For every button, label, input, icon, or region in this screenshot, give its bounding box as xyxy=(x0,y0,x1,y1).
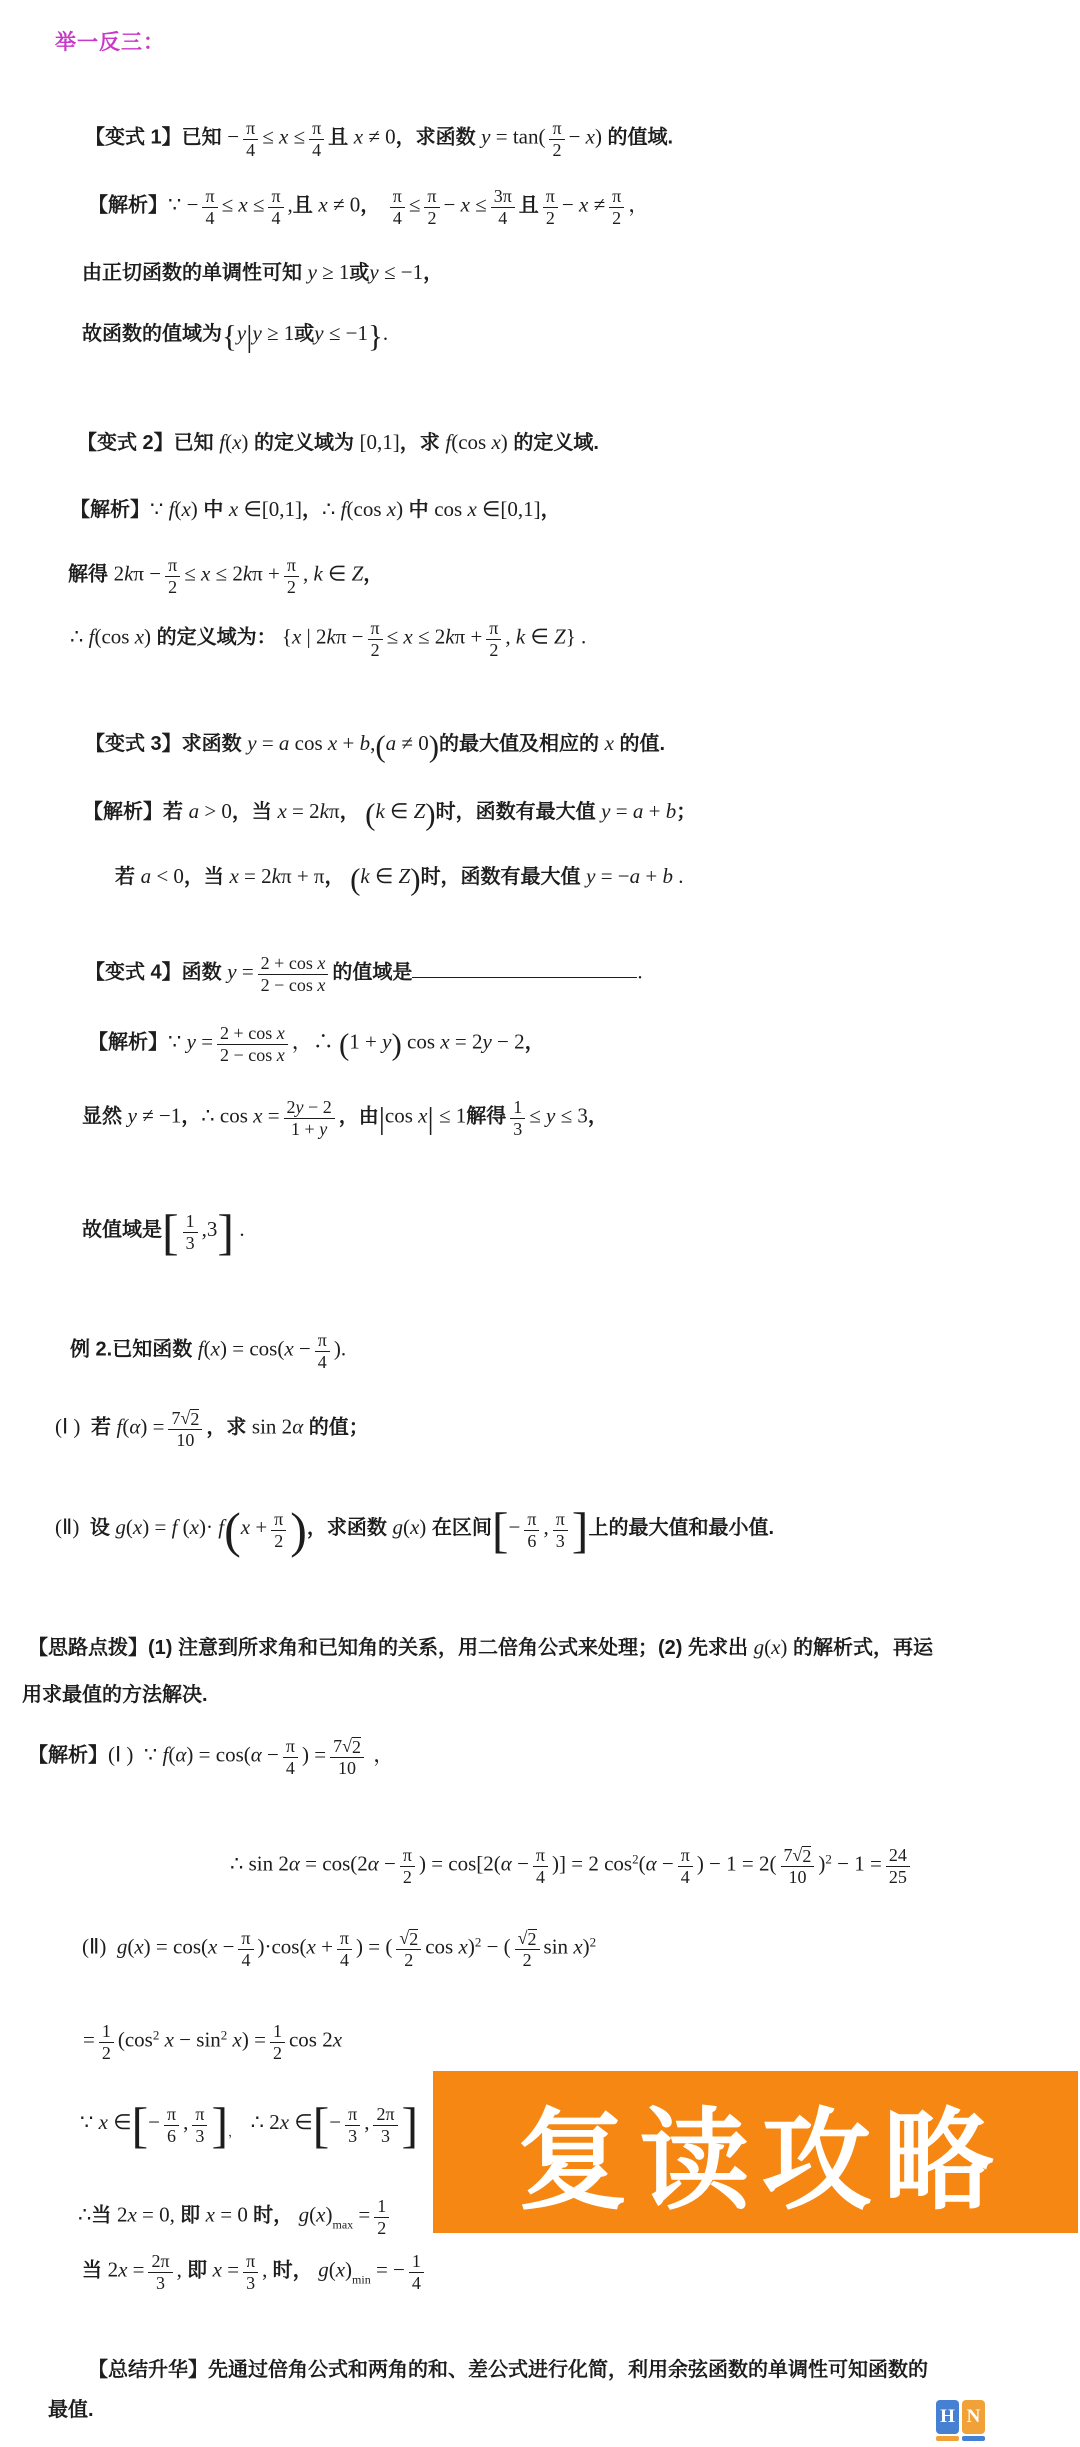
math-variable: x xyxy=(127,2202,136,2226)
cjk-text: ， xyxy=(525,1031,545,1053)
math-roman: ≤ xyxy=(387,624,404,648)
math-roman: − xyxy=(262,1743,279,1767)
math-variable: x xyxy=(467,497,476,521)
math-roman: − xyxy=(569,124,586,148)
math-roman: − xyxy=(509,1515,521,1539)
math-variable: x xyxy=(201,561,210,585)
cjk-text: ，由 xyxy=(339,1105,379,1127)
math-roman: (cos xyxy=(118,2027,153,2051)
fraction-denominator: 2 xyxy=(99,2043,114,2064)
promo-banner-watermark: 复读攻略 xyxy=(433,2071,1078,2233)
math-roman: ≠ −1 xyxy=(137,1103,181,1127)
math-roman: < 0 xyxy=(151,864,184,888)
math-roman: ， xyxy=(368,1743,394,1767)
math-roman: ) = cos( xyxy=(144,1935,208,1959)
math-roman: ) = xyxy=(142,1515,171,1539)
math-roman: − sin xyxy=(174,2027,221,2051)
math-roman: cos 2 xyxy=(289,2027,333,2051)
math-variable: g xyxy=(299,2202,310,2226)
fraction-numerator: π xyxy=(553,1509,568,1531)
document-page: 举一反三： 【变式 1】已知 −π4≤ x ≤π4且 x ≠ 0，求函数 y =… xyxy=(0,0,1080,2447)
fraction: π4 xyxy=(268,186,283,228)
fraction-numerator: 24 xyxy=(886,1845,910,1867)
math-variable: x xyxy=(279,124,288,148)
math-line: (Ⅰ ) 若 f(α) =7√210，求 sin 2α 的值； xyxy=(55,1408,369,1451)
math-variable: k xyxy=(320,799,329,823)
math-variable: x xyxy=(208,1935,217,1959)
fraction: π4 xyxy=(533,1845,548,1887)
math-variable: k xyxy=(124,561,133,585)
math-roman: , xyxy=(177,2257,188,2281)
bracket: ( xyxy=(375,728,385,763)
fraction: 14 xyxy=(409,2251,424,2293)
math-line: 解得 2kπ −π2≤ x ≤ 2kπ +π2, k ∈ Z， xyxy=(68,555,383,597)
cjk-text: 解得 xyxy=(68,563,114,585)
math-variable: a xyxy=(189,799,200,823)
math-roman: − 2 xyxy=(304,1097,332,1117)
fraction-numerator: π xyxy=(315,1330,330,1352)
math-roman: ) xyxy=(345,2257,352,2281)
math-roman: ( xyxy=(177,1515,189,1539)
math-roman: 7 xyxy=(784,1845,793,1865)
math-variable: y xyxy=(601,799,610,823)
cjk-text: ， xyxy=(181,1105,201,1127)
math-variable: a xyxy=(630,864,641,888)
math-roman: ≤ xyxy=(262,124,279,148)
fraction-denominator: 4 xyxy=(269,208,284,229)
fraction: 2y − 21 + y xyxy=(284,1097,335,1139)
math-variable: x xyxy=(211,1336,220,1360)
cjk-text: 上的最大值和最小值. xyxy=(588,1517,774,1539)
cjk-text: 且 xyxy=(293,194,319,216)
math-roman: , xyxy=(543,1515,548,1539)
cjk-text: ， xyxy=(325,866,351,888)
fraction: 2 + cos x2 − cos x xyxy=(217,1023,288,1065)
math-roman: ∴ 2 xyxy=(240,2110,280,2134)
fraction: π6 xyxy=(524,1509,539,1551)
math-variable: x xyxy=(461,192,470,216)
subscript: max xyxy=(332,2217,353,2231)
math-variable: x xyxy=(491,430,500,454)
math-variable: x xyxy=(387,497,396,521)
math-roman: . xyxy=(383,321,388,345)
fraction: π6 xyxy=(164,2104,179,2146)
math-roman: cos xyxy=(434,497,467,521)
sqrt-radicand: 2 xyxy=(190,1409,199,1429)
cjk-text: 【解析】若 xyxy=(83,801,189,823)
fraction-numerator: 1 xyxy=(270,2021,285,2043)
math-roman: ∈ xyxy=(289,2110,313,2134)
site-logo: H N xyxy=(936,2400,985,2441)
fraction-denominator: 2 xyxy=(368,640,383,661)
math-variable: α xyxy=(251,1743,262,1767)
cjk-text: ， xyxy=(302,499,322,521)
big-bracket: ( xyxy=(224,1502,241,1558)
cjk-text: ，求 xyxy=(400,432,446,454)
math-variable: x xyxy=(586,124,595,148)
math-variable: x xyxy=(579,192,588,216)
math-roman: − xyxy=(444,192,461,216)
fraction-numerator: π xyxy=(549,118,564,140)
math-line: (Ⅱ) g(x) = cos(x −π4)·cos(x +π4) = (√22c… xyxy=(82,1928,596,1971)
fraction-denominator: 10 xyxy=(785,1867,809,1888)
math-roman: − xyxy=(148,2110,160,2134)
big-bracket: [ xyxy=(313,2097,330,2153)
math-variable: Z xyxy=(352,561,364,585)
math-variable: b xyxy=(360,731,371,755)
cjk-text: ，求函数 xyxy=(396,126,482,148)
math-roman: − xyxy=(562,192,579,216)
fraction-numerator: π xyxy=(400,1845,415,1867)
cjk-text: ； xyxy=(676,801,696,823)
cjk-text-bold: 例 2. xyxy=(70,1338,112,1360)
fraction-numerator: π xyxy=(424,186,439,208)
section-title: 举一反三： xyxy=(55,26,165,56)
big-bracket: ] xyxy=(402,2097,419,2153)
math-roman: = 2 xyxy=(450,1029,483,1053)
math-roman: ∵ xyxy=(80,2110,99,2134)
cjk-text: 的定义域. xyxy=(508,432,599,454)
math-roman: − 1 = xyxy=(832,1852,882,1876)
fraction: 12 xyxy=(374,2196,389,2238)
math-variable: α xyxy=(175,1743,186,1767)
cjk-text: 由正切函数的单调性可知 xyxy=(82,262,308,284)
math-variable: y xyxy=(227,959,236,983)
fraction-denominator: 3 xyxy=(153,2273,168,2294)
cjk-text: ， xyxy=(423,262,443,284)
fraction-denominator: 6 xyxy=(164,2126,179,2147)
fraction-denominator: 4 xyxy=(243,140,258,161)
cjk-text: 的值域. xyxy=(602,126,673,148)
math-variable: k xyxy=(327,624,336,648)
bracket: ) xyxy=(425,796,435,831)
cjk-text: 【解析】 xyxy=(70,499,150,521)
cjk-text: 的值域是 xyxy=(332,961,412,983)
math-roman: = xyxy=(262,1103,279,1127)
fraction-denominator: 25 xyxy=(886,1867,910,1888)
cjk-text: 且 xyxy=(519,194,539,216)
fraction-denominator: 4 xyxy=(283,1758,298,1779)
logo-bar-blue xyxy=(962,2436,985,2441)
math-roman: . xyxy=(637,959,642,983)
math-roman: ,3 xyxy=(202,1217,218,1241)
math-roman: + xyxy=(640,864,662,888)
math-line: 【解析】∵ f(x) 中 x ∈[0,1]，∴ f(cos x) 中 cos x… xyxy=(70,496,561,523)
math-roman: 7 xyxy=(171,1408,180,1428)
math-variable: k xyxy=(360,864,369,888)
fraction-numerator: 2 + cos x xyxy=(217,1023,288,1045)
math-roman: 2 − cos xyxy=(261,975,318,995)
math-variable: x xyxy=(206,2202,215,2226)
fraction-denominator: 2 xyxy=(400,1867,415,1888)
cjk-text: 故值域是 xyxy=(82,1219,162,1241)
bracket: ) xyxy=(429,728,439,763)
math-roman: (cos xyxy=(347,497,387,521)
math-variable: x xyxy=(317,953,325,973)
math-variable: y xyxy=(482,1029,491,1053)
math-roman: . xyxy=(234,1217,245,1241)
bracket: } xyxy=(368,318,383,353)
math-roman: | 2 xyxy=(301,624,326,648)
math-variable: y xyxy=(369,260,378,284)
fraction-denominator: 4 xyxy=(238,1950,253,1971)
math-line: 用求最值的方法解决. xyxy=(22,1682,208,1708)
math-roman: cos xyxy=(289,731,328,755)
cjk-text: 时，函数有最大值 xyxy=(421,866,587,888)
cjk-text: 的最大值及相应的 xyxy=(439,733,605,755)
fraction: π4 xyxy=(337,1928,352,1970)
fraction: π2 xyxy=(424,186,439,228)
math-roman: ∈ xyxy=(525,624,554,648)
math-variable: x xyxy=(458,1935,467,1959)
math-variable: x xyxy=(229,497,238,521)
math-roman: } . xyxy=(566,624,587,648)
math-roman: )] = 2 cos xyxy=(552,1852,632,1876)
math-variable: x xyxy=(159,2027,174,2051)
cjk-text: ， xyxy=(360,194,386,216)
logo-book-blue: H xyxy=(936,2400,959,2441)
cjk-text: 的值. xyxy=(614,733,665,755)
cjk-text: 的解析式，再运 xyxy=(787,1637,933,1659)
sqrt-radicand: 2 xyxy=(409,1929,418,1949)
math-roman: ≤ −1 xyxy=(379,260,423,284)
fraction: π2 xyxy=(400,1845,415,1887)
math-roman: 2 − cos xyxy=(220,1045,277,1065)
math-roman: = − xyxy=(371,2257,405,2281)
cjk-text: 时， xyxy=(253,2204,299,2226)
math-variable: x xyxy=(573,1935,582,1959)
cjk-text: 的定义域为 xyxy=(248,432,359,454)
fraction: π4 xyxy=(243,118,258,160)
math-variable: x xyxy=(133,1515,142,1539)
cjk-text: 已知函数 xyxy=(112,1338,198,1360)
math-roman: = 0, xyxy=(137,2202,180,2226)
math-roman: + xyxy=(643,799,665,823)
math-roman: ， xyxy=(628,192,649,216)
bracket: ( xyxy=(339,1027,349,1062)
cjk-text: 且 xyxy=(328,126,354,148)
math-roman: ) = cos( xyxy=(220,1336,284,1360)
cjk-text: ， xyxy=(541,499,561,521)
math-roman: 2 xyxy=(287,1097,296,1117)
math-variable: g xyxy=(392,1515,403,1539)
fraction: π3 xyxy=(553,1509,568,1551)
math-variable: a xyxy=(633,799,644,823)
fraction: 13 xyxy=(183,1211,198,1253)
math-roman: = xyxy=(353,2202,370,2226)
math-roman: )· xyxy=(199,1515,218,1539)
fraction-numerator: π xyxy=(345,2104,360,2126)
math-variable: x xyxy=(99,2110,108,2134)
cjk-text: 中 xyxy=(198,499,229,521)
math-variable: b xyxy=(666,799,677,823)
cjk-text: ， xyxy=(363,563,383,585)
math-roman: , xyxy=(262,2257,273,2281)
math-roman: − ( xyxy=(481,1935,510,1959)
math-variable: x xyxy=(328,731,337,755)
math-variable: Z xyxy=(554,624,566,648)
math-variable: g xyxy=(115,1515,126,1539)
math-roman: ) = cos( xyxy=(186,1743,250,1767)
math-line: 【解析】若 a > 0，当 x = 2kπ， (k ∈ Z)时，函数有最大值 y… xyxy=(83,798,696,829)
fraction-denominator: 2 − cos x xyxy=(258,975,329,996)
sqrt-radical: √2 xyxy=(793,1846,812,1866)
math-roman: ). xyxy=(334,1336,346,1360)
fraction-numerator: π xyxy=(524,1509,539,1531)
cjk-text: 用求最值的方法解决. xyxy=(22,1684,208,1706)
math-roman: ∵ − xyxy=(168,192,198,216)
math-roman: ( xyxy=(126,1515,133,1539)
math-variable: x xyxy=(229,864,238,888)
fraction-denominator: 2 xyxy=(270,2043,285,2064)
math-roman: ≤ xyxy=(222,192,239,216)
cjk-text: ，求函数 xyxy=(307,1517,393,1539)
math-line: 若 a < 0，当 x = 2kπ + π， (k ∈ Z)时，函数有最大值 y… xyxy=(115,863,683,894)
bracket: ( xyxy=(365,796,375,831)
sqrt-sign: √ xyxy=(342,1737,352,1757)
sqrt-radicand: 2 xyxy=(802,1846,811,1866)
math-roman: sin 2 xyxy=(252,1415,292,1439)
fraction-denominator: 2 − cos x xyxy=(217,1045,288,1066)
fraction-numerator: 1 xyxy=(99,2021,114,2043)
math-variable: y xyxy=(319,1119,327,1139)
math-roman: (cos xyxy=(451,430,491,454)
fraction: π2 xyxy=(486,618,501,660)
fraction: π2 xyxy=(549,118,564,160)
math-roman: ≤ xyxy=(184,561,201,585)
math-roman: = 0 xyxy=(215,2202,253,2226)
math-variable: x xyxy=(354,124,363,148)
math-roman: ≤ 2 xyxy=(413,624,446,648)
math-variable: g xyxy=(318,2257,329,2281)
math-variable: α xyxy=(292,1415,303,1439)
fraction-denominator: 2 xyxy=(401,1950,416,1971)
cjk-text: 在区间 xyxy=(426,1517,492,1539)
math-roman: ≤ xyxy=(529,1103,546,1127)
bracket: ) xyxy=(391,1027,401,1062)
fraction-numerator: 2y − 2 xyxy=(284,1097,335,1119)
math-line: ∵ x ∈[−π6,π3]， ∴ 2x ∈[−π3,2π3] xyxy=(80,2100,418,2150)
math-variable: y xyxy=(546,1103,555,1127)
math-line: 【解析】∵ −π4≤ x ≤π4,且 x ≠ 0， π4≤π2− x ≤3π4且… xyxy=(88,186,649,228)
fraction-denominator: 2 xyxy=(165,577,180,598)
math-roman: ≤ 2 xyxy=(210,561,243,585)
cjk-text: 解得 xyxy=(466,1105,506,1127)
fraction-numerator: 1 xyxy=(183,1211,198,1233)
fraction-numerator: π xyxy=(486,618,501,640)
math-variable: α xyxy=(129,1415,140,1439)
fraction: π4 xyxy=(678,1845,693,1887)
subscript: ， xyxy=(228,2125,240,2139)
math-variable: x xyxy=(292,624,301,648)
math-roman: 2 xyxy=(114,561,125,585)
math-roman: − xyxy=(227,124,239,148)
fraction-numerator: π xyxy=(609,186,624,208)
math-variable: k xyxy=(243,561,252,585)
fraction: 7√210 xyxy=(168,1408,202,1451)
fraction-numerator: 7√2 xyxy=(781,1845,815,1867)
fraction-numerator: 1 xyxy=(510,1097,525,1119)
math-variable: x xyxy=(318,192,327,216)
fraction: √22 xyxy=(396,1928,421,1971)
math-variable: k xyxy=(375,799,384,823)
math-variable: g xyxy=(117,1935,128,1959)
math-roman: + xyxy=(316,1935,333,1959)
math-variable: x xyxy=(181,497,190,521)
math-line: 【变式 3】求函数 y = a cos x + b,(a ≠ 0)的最大值及相应… xyxy=(85,730,665,761)
fraction: π4 xyxy=(238,1928,253,1970)
math-roman: + xyxy=(250,1515,267,1539)
fraction-denominator: 2 xyxy=(374,2218,389,2239)
math-roman: = xyxy=(83,2027,95,2051)
fraction-denominator: 3 xyxy=(345,2126,360,2147)
math-line: 【总结升华】先通过倍角公式和两角的和、差公式进行化简，利用余弦函数的单调性可知函… xyxy=(88,2357,928,2383)
math-line: 例 2.已知函数 f(x) = cos(x −π4). xyxy=(70,1330,346,1372)
fraction: 3π4 xyxy=(491,186,515,228)
math-roman: − xyxy=(329,2110,341,2134)
fraction-numerator: π xyxy=(165,555,180,577)
big-bracket: ) xyxy=(290,1502,307,1558)
cjk-text: 【变式 2】已知 xyxy=(77,432,219,454)
math-roman: > 0 xyxy=(199,799,232,823)
cjk-text: 即 xyxy=(180,2204,206,2226)
fraction-numerator: π xyxy=(164,2104,179,2126)
fraction-denominator: 10 xyxy=(335,1758,359,1779)
fraction-numerator: 7√2 xyxy=(168,1408,202,1430)
fraction-denominator: 4 xyxy=(203,208,218,229)
sqrt-radical: √2 xyxy=(180,1409,199,1429)
math-roman: ∴ xyxy=(78,2202,91,2226)
math-variable: x xyxy=(771,1635,780,1659)
fraction-denominator: 3 xyxy=(378,2126,393,2147)
math-roman: − xyxy=(294,1336,311,1360)
math-line: 由正切函数的单调性可知 y ≥ 1或y ≤ −1， xyxy=(82,259,443,286)
big-bracket: ] xyxy=(211,2097,228,2153)
fraction-denominator: 2 xyxy=(520,1950,535,1971)
math-roman: π xyxy=(329,799,340,823)
math-roman: − xyxy=(379,1852,396,1876)
math-roman: ∈ xyxy=(385,799,414,823)
sqrt-sign: √ xyxy=(793,1846,803,1866)
fraction-denominator: 3 xyxy=(553,1531,568,1552)
fraction-numerator: π xyxy=(543,186,558,208)
math-line: =12(cos2 x − sin2 x) =12cos 2x xyxy=(83,2021,342,2063)
fraction: 7√210 xyxy=(330,1736,364,1779)
math-line: 故值域是[13,3] . xyxy=(82,1207,245,1257)
cjk-text: 显然 xyxy=(82,1105,128,1127)
math-variable: x xyxy=(333,2027,342,2051)
cjk-text: 当 xyxy=(91,2204,117,2226)
fraction: 12 xyxy=(270,2021,285,2063)
math-variable: x xyxy=(134,1935,143,1959)
math-variable: k xyxy=(445,624,454,648)
math-roman: ∈[0,1] xyxy=(238,497,302,521)
math-roman: − xyxy=(657,1852,674,1876)
promo-banner-text: 复读攻略 xyxy=(506,2073,1006,2231)
fraction-numerator: π xyxy=(192,2104,207,2126)
fraction: π2 xyxy=(165,555,180,597)
fraction-denominator: 4 xyxy=(390,208,405,229)
math-roman: 2 xyxy=(117,2202,128,2226)
math-line: 显然 y ≠ −1，∴ cos x =2y − 21 + y，由|cos x| … xyxy=(82,1097,608,1139)
fraction: 12 xyxy=(99,2021,114,2063)
fraction-numerator: π xyxy=(283,1736,298,1758)
fraction-denominator: 4 xyxy=(315,1352,330,1373)
math-roman: cos xyxy=(425,1935,458,1959)
math-variable: α xyxy=(289,1852,300,1876)
fraction: 2π3 xyxy=(148,2251,172,2293)
math-roman: ∈ xyxy=(108,2110,132,2134)
